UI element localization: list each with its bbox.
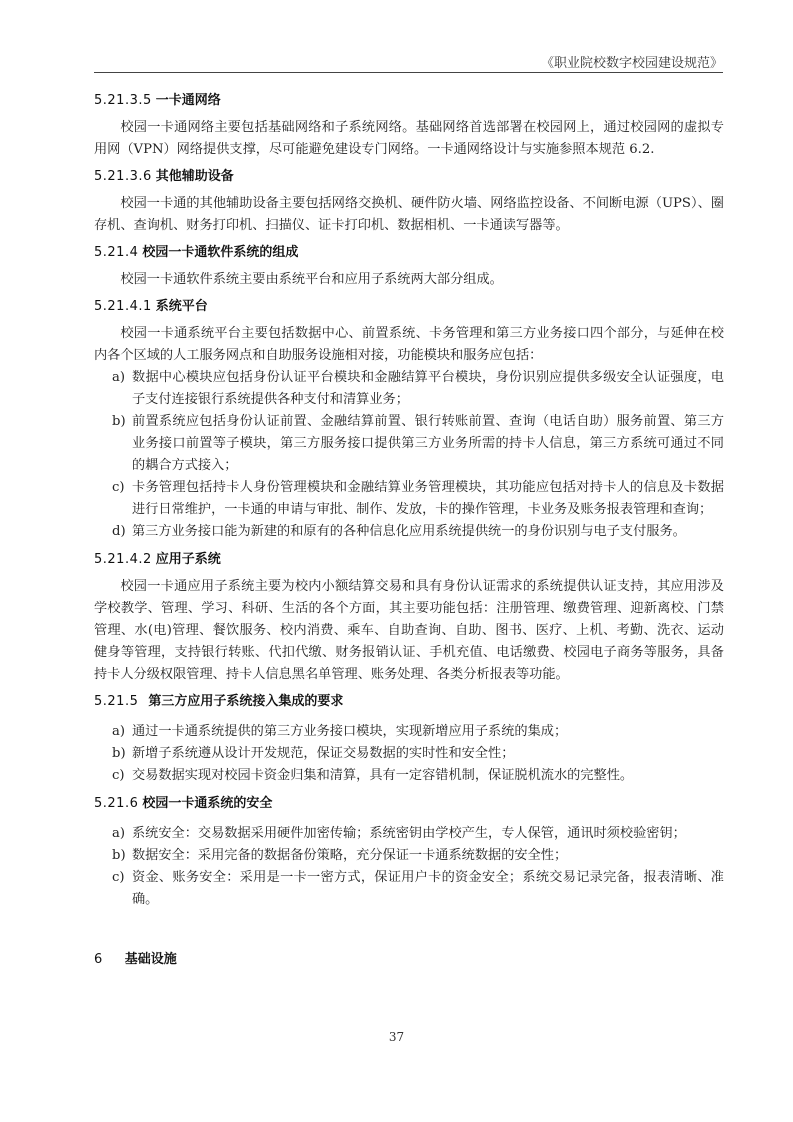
list-item: c)交易数据实现对校园卡资金归集和清算，具有一定容错机制，保证脱机流水的完整性。 <box>94 765 724 787</box>
list-item: b)数据安全：采用完备的数据备份策略，充分保证一卡通系统数据的安全性； <box>94 845 724 867</box>
list: a)系统安全：交易数据采用硬件加密传输；系统密钥由学校产生，专人保管，通讯时须校… <box>94 823 724 911</box>
list-item: b)前置系统应包括身份认证前置、金融结算前置、银行转账前置、查询（电话自助）服务… <box>94 411 724 477</box>
page-body: 5.21.3.5一卡通网络 校园一卡通网络主要包括基础网络和子系统网络。基础网络… <box>94 90 724 971</box>
paragraph: 校园一卡通的其他辅助设备主要包括网络交换机、硬件防火墙、网络监控设备、不间断电源… <box>94 193 724 237</box>
paragraph: 校园一卡通网络主要包括基础网络和子系统网络。基础网络首选部署在校园网上，通过校园… <box>94 117 724 161</box>
list-item: c)资金、账务安全：采用是一卡一密方式，保证用户卡的资金安全；系统交易记录完备，… <box>94 867 724 911</box>
paragraph: 校园一卡通软件系统主要由系统平台和应用子系统两大部分组成。 <box>94 269 724 291</box>
list-item: a)数据中心模块应包括身份认证平台模块和金融结算平台模块，身份识别应提供多级安全… <box>94 367 724 411</box>
section-heading-5-21-6: 5.21.6校园一卡通系统的安全 <box>94 793 724 815</box>
list-item: a)通过一卡通系统提供的第三方业务接口模块，实现新增应用子系统的集成； <box>94 721 724 743</box>
section-heading-5-21-4: 5.21.4校园一卡通软件系统的组成 <box>94 242 724 264</box>
list-item: d)第三方业务接口能为新建的和原有的各种信息化应用系统提供统一的身份识别与电子支… <box>94 521 724 543</box>
section-heading-5-21-5: 5.21.5第三方应用子系统接入集成的要求 <box>94 691 724 713</box>
header-divider <box>94 72 723 73</box>
list: a)通过一卡通系统提供的第三方业务接口模块，实现新增应用子系统的集成； b)新增… <box>94 721 724 787</box>
running-header-title: 《职业院校数字校园建设规范》 <box>541 52 723 71</box>
chapter-heading-6: 6基础设施 <box>94 949 724 971</box>
list-item: c)卡务管理包括持卡人身份管理模块和金融结算业务管理模块，其功能应包括对持卡人的… <box>94 477 724 521</box>
section-heading-5-21-4-1: 5.21.4.1系统平台 <box>94 296 724 318</box>
section-heading-5-21-3-5: 5.21.3.5一卡通网络 <box>94 90 724 112</box>
section-heading-5-21-4-2: 5.21.4.2应用子系统 <box>94 549 724 571</box>
list-item: b)新增子系统遵从设计开发规范，保证交易数据的实时性和安全性； <box>94 743 724 765</box>
page-number: 37 <box>0 1030 793 1044</box>
paragraph: 校园一卡通应用子系统主要为校内小额结算交易和具有身份认证需求的系统提供认证支持，… <box>94 576 724 686</box>
list-item: a)系统安全：交易数据采用硬件加密传输；系统密钥由学校产生，专人保管，通讯时须校… <box>94 823 724 845</box>
list: a)数据中心模块应包括身份认证平台模块和金融结算平台模块，身份识别应提供多级安全… <box>94 367 724 543</box>
paragraph: 校园一卡通系统平台主要包括数据中心、前置系统、卡务管理和第三方业务接口四个部分，… <box>94 323 724 367</box>
section-heading-5-21-3-6: 5.21.3.6其他辅助设备 <box>94 166 724 188</box>
